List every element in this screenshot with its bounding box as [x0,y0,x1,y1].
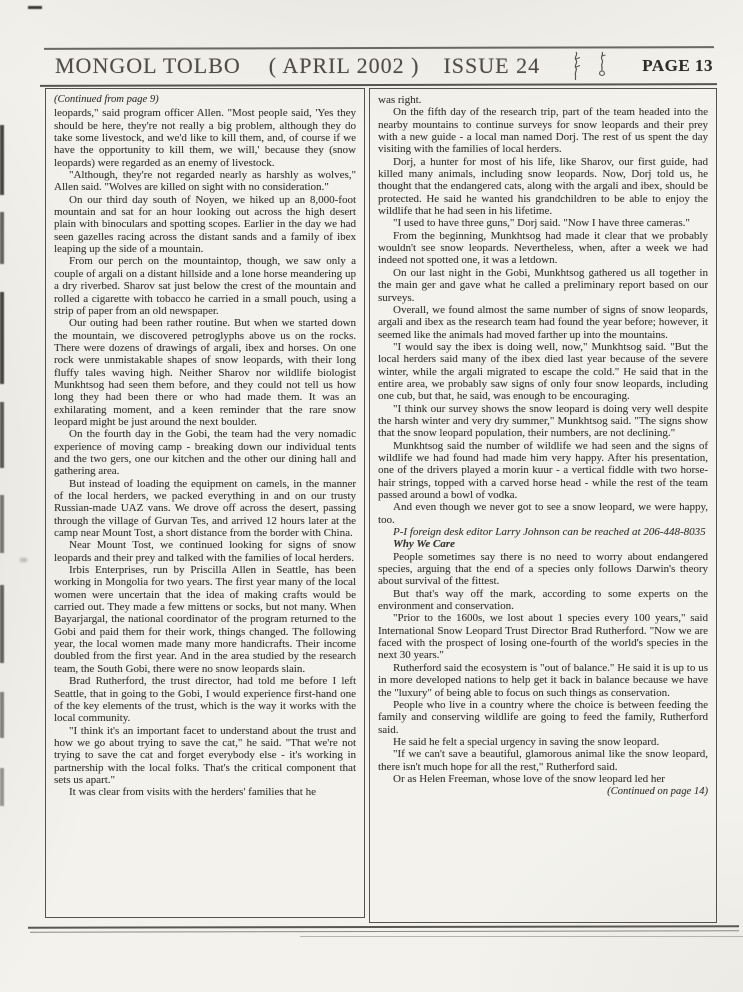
paragraph: And even though we never got to see a sn… [378,501,708,526]
paragraph: "I think our survey shows the snow leopa… [378,403,708,440]
mongolian-script-icon [596,51,608,78]
issue-date: ( APRIL 2002 ) [269,53,420,79]
paragraph: Our outing had been rather routine. But … [54,317,356,428]
newspaper-header: MONGOL TOLBO ( APRIL 2002 ) ISSUE 24 PAG… [55,50,713,82]
mongolian-script-group [570,51,608,81]
bottom-rule [28,925,739,928]
continued-from-note: (Continued from page 9) [54,94,356,106]
paragraph: Overall, we found almost the same number… [378,304,708,341]
bottom-rule [30,930,739,932]
paragraph: "I used to have three guns," Dorj said. … [378,217,708,229]
why-we-care-body: People sometimes say there is no need to… [378,551,708,786]
scan-smudge [20,558,27,562]
paragraph: Irbis Enterprises, run by Priscilla Alle… [54,564,356,675]
paragraph: On the fourth day in the Gobi, the team … [54,428,356,477]
scan-edge-artifact [0,585,4,663]
section-heading: Why We Care [378,538,708,550]
paragraph: On our third day south of Noyen, we hike… [54,194,356,256]
paragraph: "I would say the ibex is doing well, now… [378,341,708,403]
scan-edge-artifact [0,292,4,384]
scan-edge-artifact [0,768,4,806]
right-column: was right.On the fifth day of the resear… [369,88,717,923]
scan-edge-artifact [0,402,4,468]
paragraph: Dorj, a hunter for most of his life, lik… [378,156,708,218]
editor-contact-note: P-I foreign desk editor Larry Johnson ca… [378,526,708,538]
right-column-body: was right.On the fifth day of the resear… [378,94,708,526]
paragraph: "Prior to the 1600s, we lost about 1 spe… [378,612,708,661]
scanned-newspaper-page: MONGOL TOLBO ( APRIL 2002 ) ISSUE 24 PAG… [0,0,743,992]
scan-edge-artifact [0,125,4,195]
paragraph: leopards," said program officer Allen. "… [54,107,356,169]
scan-edge-artifact [28,6,42,9]
paragraph: was right. [378,94,708,106]
scan-edge-artifact [0,495,4,553]
newspaper-title: MONGOL TOLBO [55,53,241,79]
paragraph: "Although, they're not regarded nearly a… [54,169,356,194]
paragraph: Near Mount Tost, we continued looking fo… [54,539,356,564]
paragraph: From our perch on the mountaintop, thoug… [54,255,356,317]
left-column: (Continued from page 9) leopards," said … [45,88,365,918]
paragraph: On our last night in the Gobi, Munkhtsog… [378,267,708,304]
continued-on-note: (Continued on page 14) [378,786,708,798]
paragraph: "If we can't save a beautiful, glamorous… [378,748,708,773]
paragraph: But that's way off the mark, according t… [378,588,708,613]
paragraph: On the fifth day of the research trip, p… [378,106,708,155]
paragraph: But instead of loading the equipment on … [54,478,356,540]
scan-edge-artifact [0,212,4,264]
header-bottom-rule [40,83,717,87]
paragraph: It was clear from visits with the herder… [54,786,356,798]
paragraph: People sometimes say there is no need to… [378,551,708,588]
paragraph: Or as Helen Freeman, whose love of the s… [378,773,708,785]
paragraph: He said he felt a special urgency in sav… [378,736,708,748]
paragraph: People who live in a country where the c… [378,699,708,736]
bottom-rule-faint [300,936,743,937]
paragraph: From the beginning, Munkhtsog had made i… [378,230,708,267]
mongolian-script-icon [570,51,582,81]
page-number-label: PAGE 13 [642,56,713,76]
paragraph: Rutherford said the ecosystem is "out of… [378,662,708,699]
scan-edge-artifact [0,692,4,738]
issue-number: ISSUE 24 [443,53,540,79]
paragraph: Munkhtsog said the number of wildlife we… [378,440,708,502]
paragraph: "I think it's an important facet to unde… [54,725,356,787]
left-column-body: leopards," said program officer Allen. "… [54,107,356,798]
paragraph: Brad Rutherford, the trust director, had… [54,675,356,724]
